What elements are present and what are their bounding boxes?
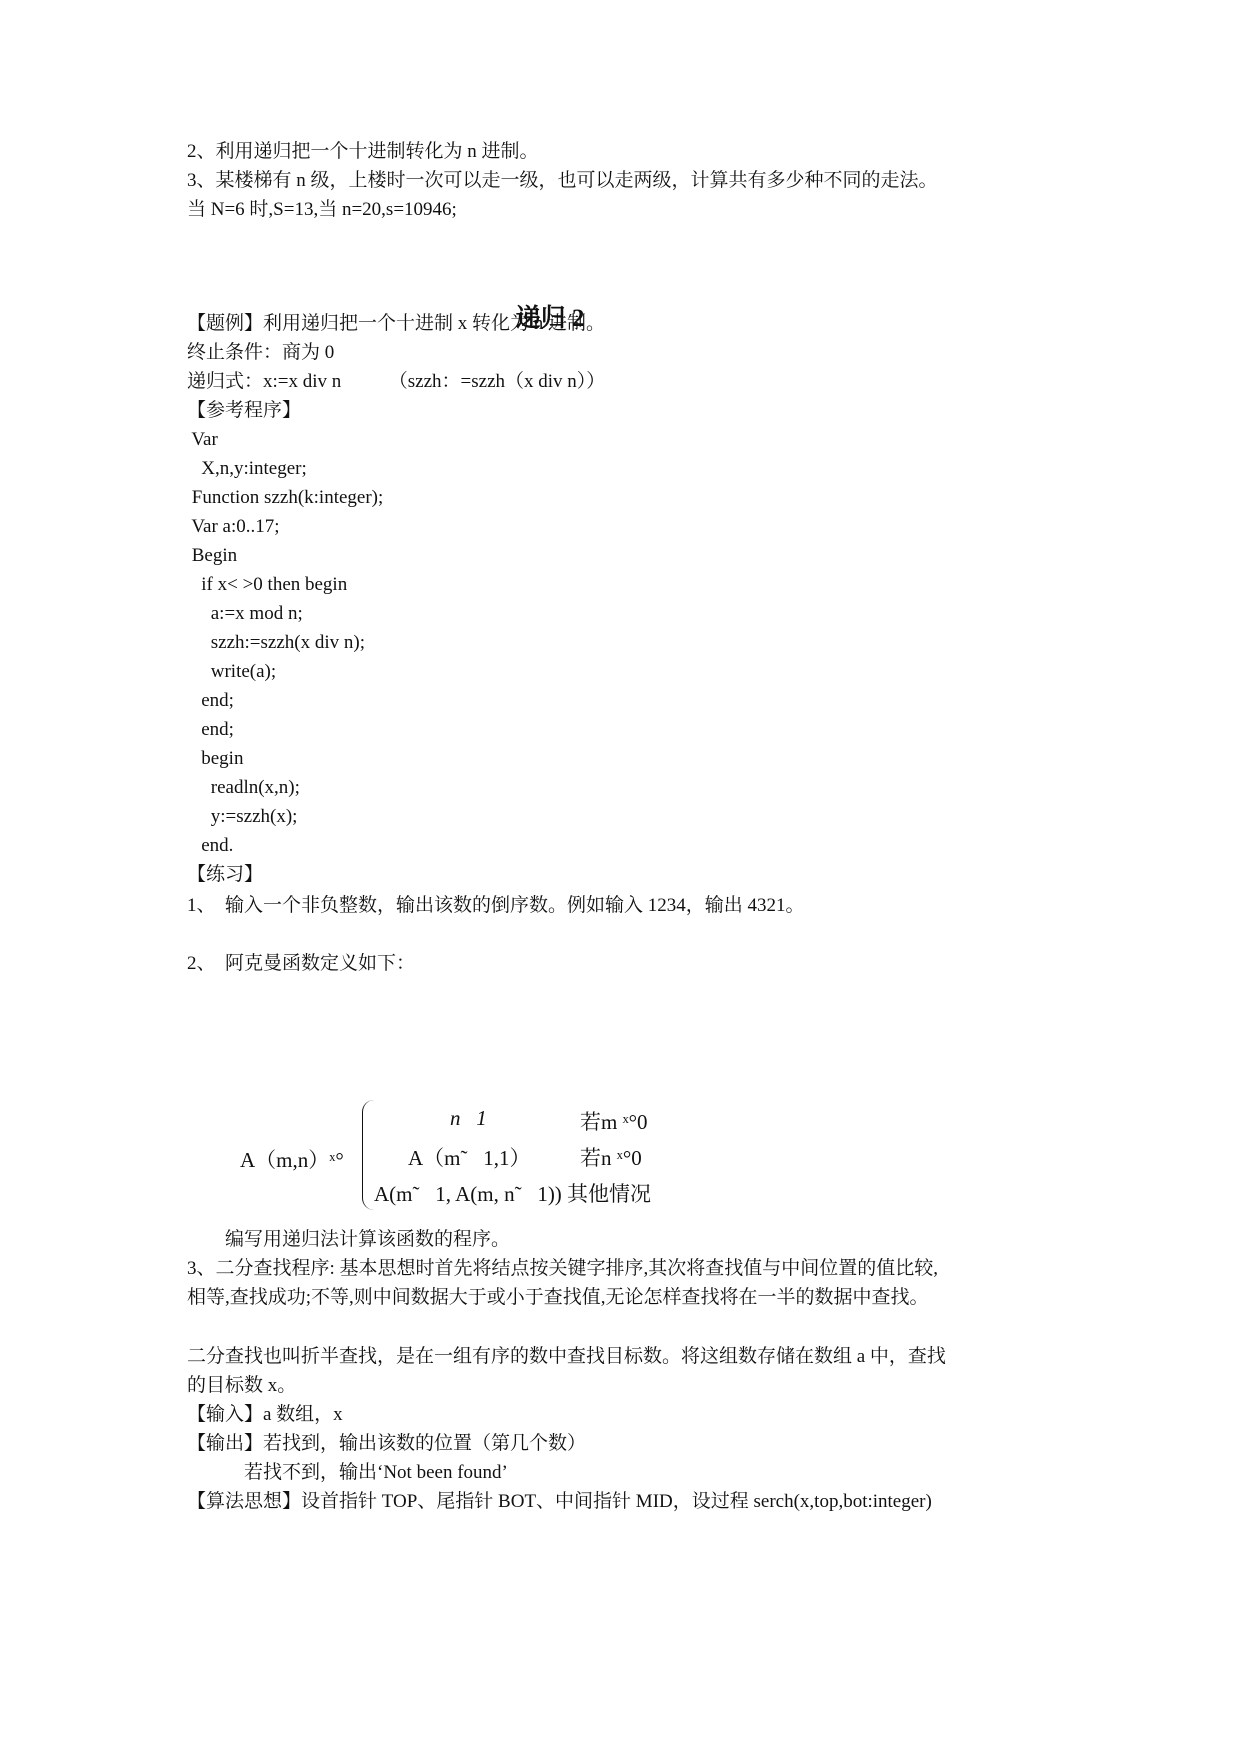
practice-item-2-task: 编写用递归法计算该函数的程序。 bbox=[225, 1228, 510, 1252]
binary-search-input: 【输入】a 数组，x bbox=[187, 1403, 343, 1427]
binary-search-desc-2: 的目标数 x。 bbox=[187, 1374, 296, 1398]
binary-search-desc-1: 二分查找也叫折半查找，是在一组有序的数中查找目标数。将这组数存储在数组 a 中，… bbox=[187, 1345, 946, 1369]
code-line: a:=x mod n; bbox=[187, 602, 303, 626]
practice-item-2: 2、 阿克曼函数定义如下： bbox=[187, 952, 415, 976]
code-line: if x< >0 then begin bbox=[187, 573, 347, 597]
formula-lhs: A（m,n）ˣ° bbox=[240, 1144, 344, 1174]
code-line: readln(x,n); bbox=[187, 776, 300, 800]
code-line: end. bbox=[187, 834, 233, 858]
exercise-3-line: 3、某楼梯有 n 级，上楼时一次可以走一级，也可以走两级，计算共有多少种不同的走… bbox=[187, 169, 938, 193]
code-line: Var a:0..17; bbox=[187, 515, 280, 539]
case-2-condition: 若n ˣ°0 bbox=[580, 1142, 642, 1172]
code-line: write(a); bbox=[187, 660, 276, 684]
case-2-expr: A（m˜ 1,1） bbox=[408, 1142, 531, 1172]
code-line: X,n,y:integer; bbox=[187, 457, 307, 481]
code-line: y:=szzh(x); bbox=[187, 805, 297, 829]
case-1-condition: 若m ˣ°0 bbox=[580, 1106, 648, 1136]
code-line: Var bbox=[187, 428, 218, 452]
reference-program-heading: 【参考程序】 bbox=[187, 399, 301, 423]
case-1-expr: n 1 bbox=[450, 1106, 487, 1131]
code-line: szzh:=szzh(x div n); bbox=[187, 631, 365, 655]
binary-search-output-1: 【输出】若找到，输出该数的位置（第几个数） bbox=[187, 1432, 586, 1456]
ackermann-formula: A（m,n）ˣ° n 1 若m ˣ°0 A（m˜ 1,1） 若n ˣ°0 A(m… bbox=[240, 1100, 690, 1220]
example-problem: 【题例】利用递归把一个十进制 x 转化为 n 进制。 bbox=[187, 312, 605, 336]
stop-condition: 终止条件：商为 0 bbox=[187, 341, 334, 365]
exercise-3-answer: 当 N=6 时,S=13,当 n=20,s=10946; bbox=[187, 198, 457, 222]
code-line: Function szzh(k:integer); bbox=[187, 486, 383, 510]
practice-item-3-line-2: 相等,查找成功;不等,则中间数据大于或小于查找值,无论怎样查找将在一半的数据中查… bbox=[187, 1286, 929, 1310]
practice-item-3-line-1: 3、二分查找程序: 基本思想时首先将结点按关键字排序,其次将查找值与中间位置的值… bbox=[187, 1257, 938, 1281]
code-line: end; bbox=[187, 718, 234, 742]
binary-search-algorithm: 【算法思想】设首指针 TOP、尾指针 BOT、中间指针 MID，设过程 serc… bbox=[187, 1490, 932, 1514]
code-line: Begin bbox=[187, 544, 237, 568]
code-line: begin bbox=[187, 747, 243, 771]
practice-heading: 【练习】 bbox=[187, 863, 263, 887]
recursion-formula: 递归式：x:=x div n （szzh：=szzh（x div n）） bbox=[187, 370, 605, 394]
practice-item-1: 1、 输入一个非负整数，输出该数的倒序数。例如输入 1234，输出 4321。 bbox=[187, 894, 805, 918]
exercise-2-line: 2、利用递归把一个十进制转化为 n 进制。 bbox=[187, 140, 539, 164]
code-line: end; bbox=[187, 689, 234, 713]
binary-search-output-2: 若找不到，输出‘Not been found’ bbox=[187, 1461, 508, 1485]
case-3-expr: A(m˜ 1, A(m, n˜ 1)) 其他情况 bbox=[374, 1178, 651, 1208]
